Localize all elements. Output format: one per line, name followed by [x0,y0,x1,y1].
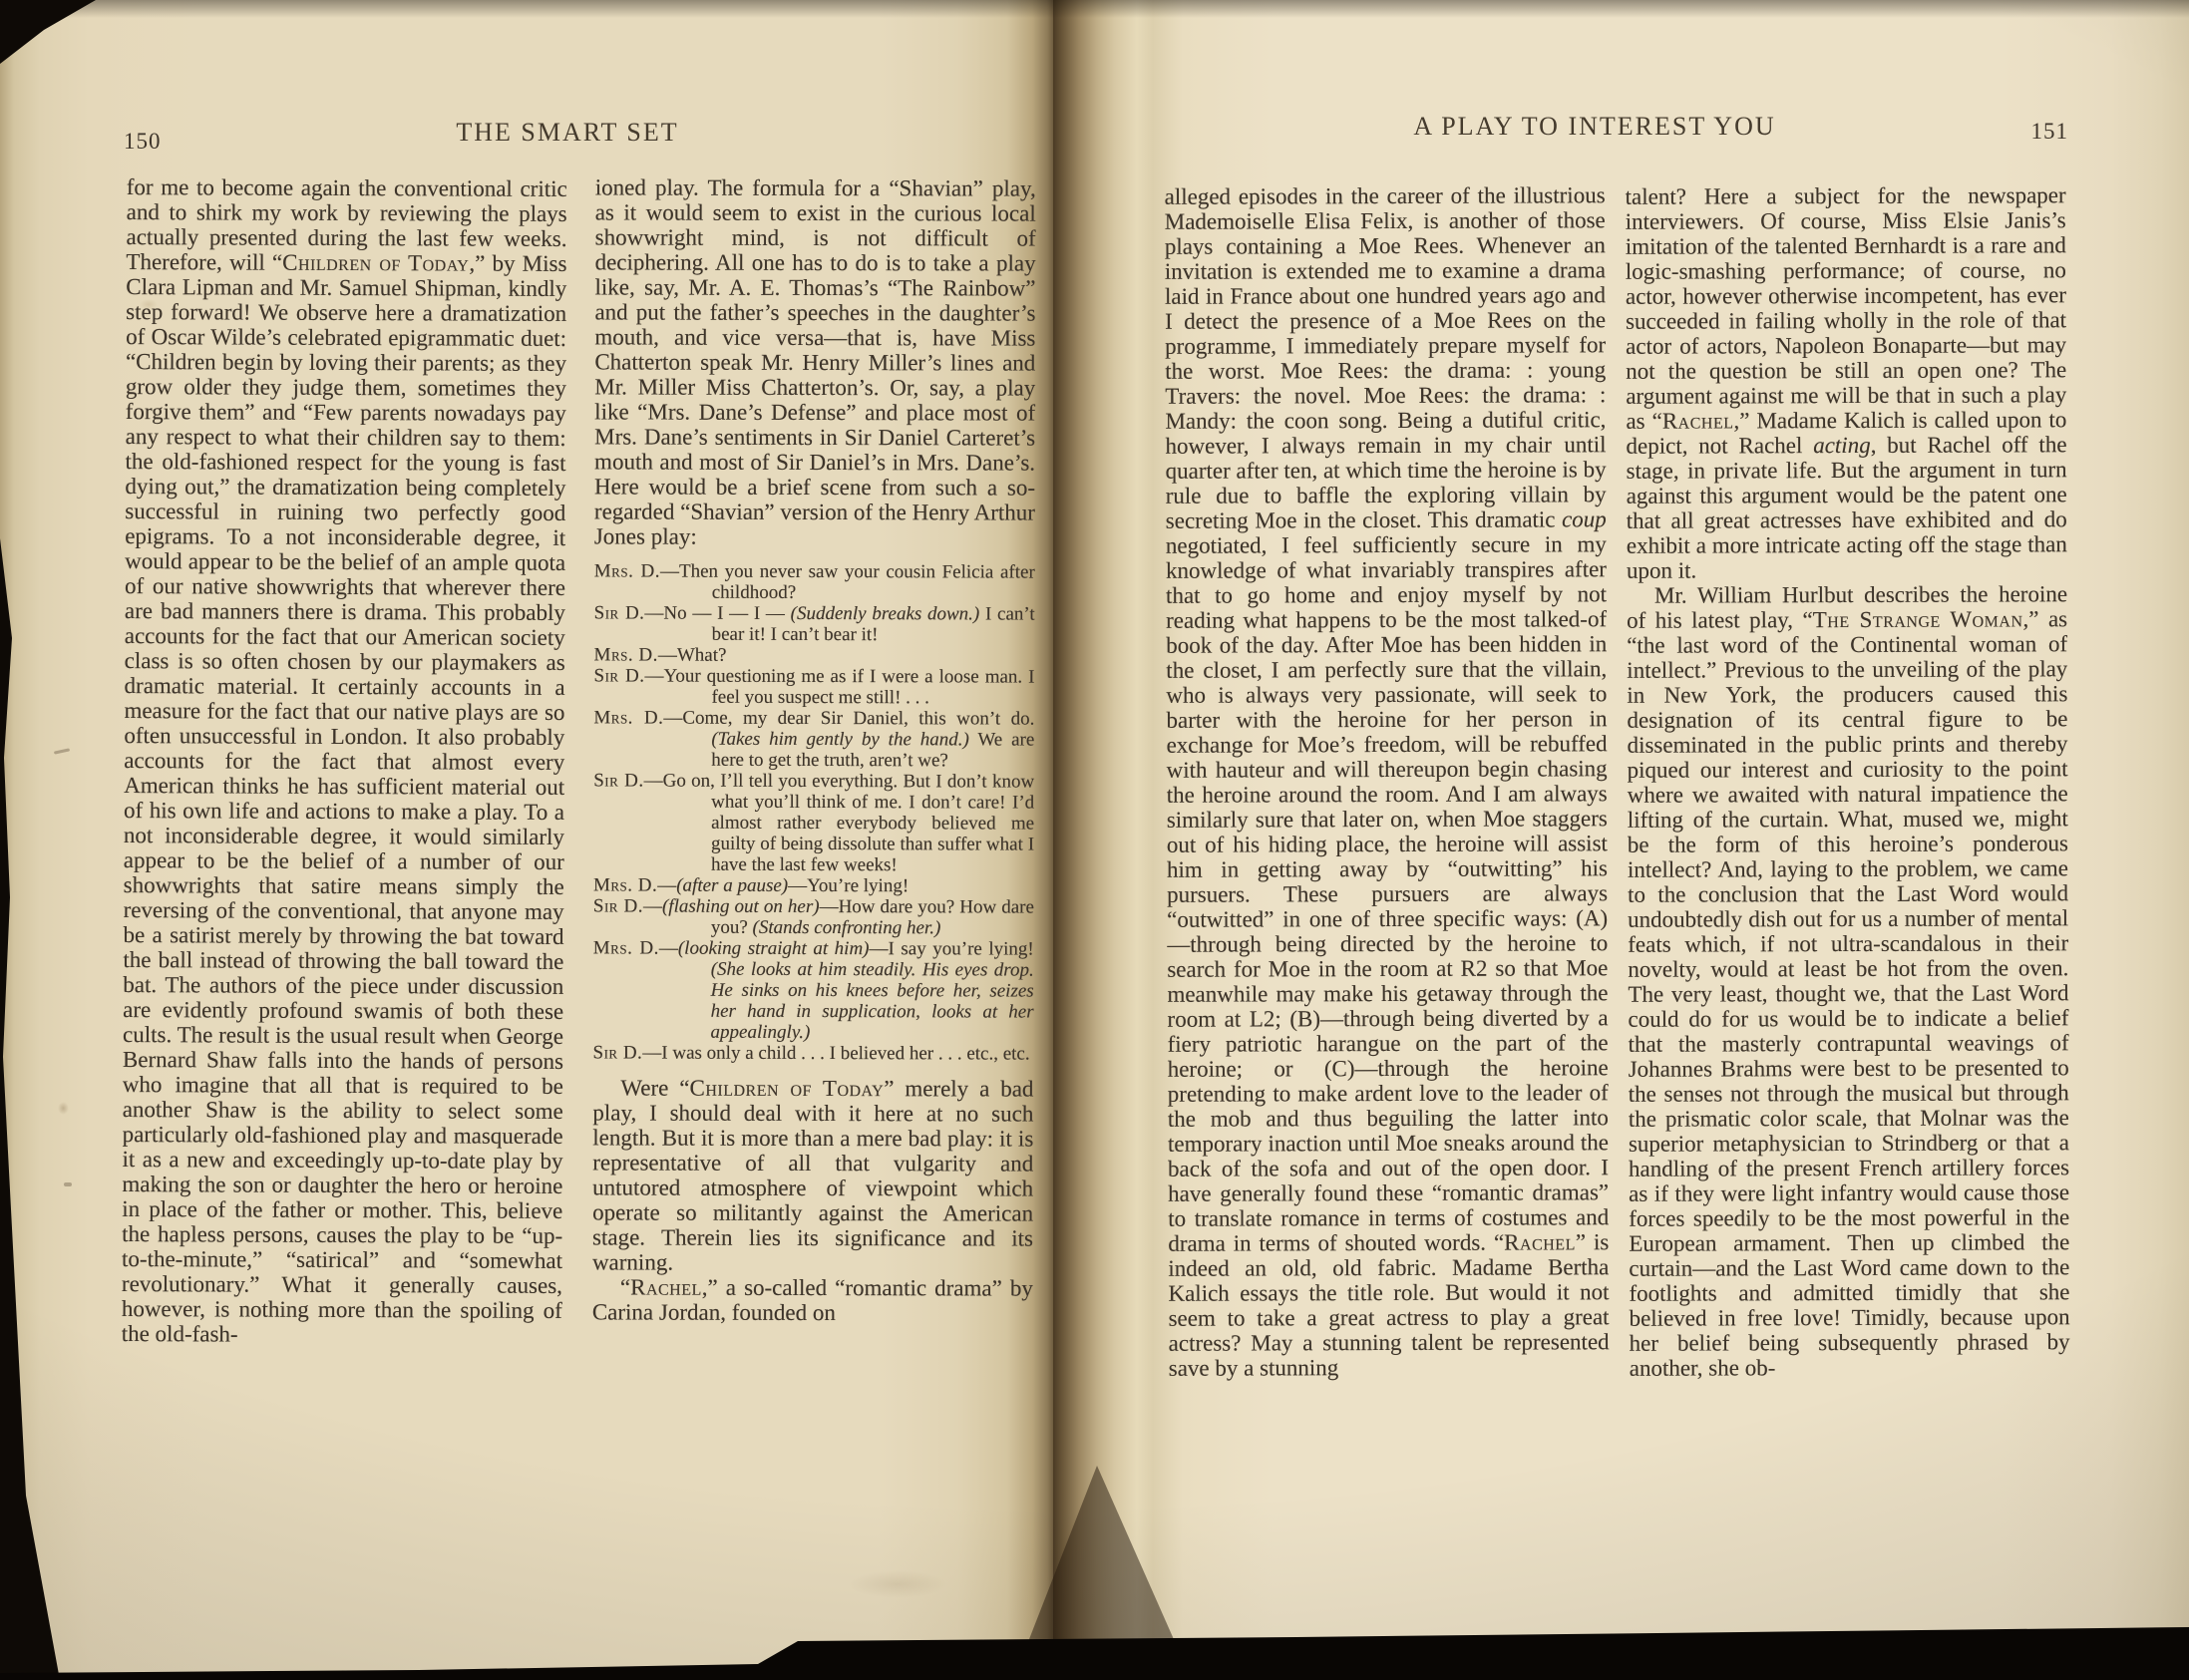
text-run: alleged episodes in the career of the il… [1165,182,1607,533]
dialogue-line: Sir D.—I was only a child . . . I believ… [592,1042,1033,1064]
body-paragraph: “Rachel,” a so-called “romantic drama” b… [592,1274,1033,1325]
text-run: —No — I — I — [644,603,790,624]
dialogue-line: Sir D.—Go on, I’ll tell you everything. … [593,770,1034,875]
small-caps-text: The Strange Woman [1813,606,2023,632]
dialogue-line: Sir D.—No — I — I — (Suddenly breaks dow… [594,602,1035,645]
dialogue-line: Sir D.—(flashing out on her)—How dare yo… [593,895,1034,938]
running-header-right: A PLAY TO INTEREST YOU [1380,112,1809,142]
small-caps-text: Sir D. [593,770,643,791]
small-caps-text: Sir D. [594,602,645,623]
right-page: 151 A PLAY TO INTEREST YOU alleged episo… [1053,0,2189,1680]
body-paragraph: ioned play. The formula for a “Shavian” … [594,174,1036,549]
text-run: —Your questioning me as if I were a loos… [645,666,1035,709]
italic-text: (Suddenly breaks down.) [791,603,980,624]
small-caps-text: Mrs. D. [594,560,660,581]
italic-text: (She looks at him steadily. His eyes dro… [711,959,1034,1043]
body-paragraph: talent? Here a subject for the newspaper… [1626,182,2067,583]
text-run: —Go on, I’ll tell you everything. But I … [644,771,1035,876]
play-excerpt-dialogue: Mrs. D.—Then you never saw your cousin F… [592,560,1034,1064]
page-number-left: 150 [124,129,162,155]
dialogue-line: Mrs. D.—Then you never saw your cousin F… [594,560,1035,603]
small-caps-text: Mrs. D. [594,644,658,665]
text-run: —Then you never saw your cousin Felicia … [660,561,1035,603]
dialogue-line: Mrs. D.—Come, my dear Sir Daniel, this w… [593,707,1034,771]
right-page-column-1: alleged episodes in the career of the il… [1165,182,1611,1565]
italic-text: acting [1813,433,1871,458]
small-caps-text: Mrs. D. [593,937,659,958]
text-run: —What? [658,645,727,666]
small-caps-text: Rachel [1662,408,1734,433]
italic-text: (flashing out on her) [662,896,820,917]
review-closing-text: Were “Children of Today” merely a bad pl… [592,1075,1034,1325]
text-run: —Come, my dear Sir Daniel, this won’t do… [663,708,1034,730]
small-caps-text: Children of Today [689,1076,884,1102]
small-caps-text: Mrs. D. [593,874,657,895]
dialogue-line: Mrs. D.—(after a pause)—You’re lying! [593,874,1034,896]
review-intro-text: ioned play. The formula for a “Shavian” … [594,174,1036,549]
right-page-column-2: talent? Here a subject for the newspaper… [1626,182,2071,1565]
body-paragraph: alleged episodes in the career of the il… [1165,182,1610,1381]
text-run: ” merely a bad play, I should deal with … [592,1076,1034,1274]
text-run: talent? Here a subject for the newspaper… [1626,182,2067,434]
left-page: 150 THE SMART SET for me to become again… [0,0,1053,1680]
small-caps-text: Rachel [630,1275,702,1300]
text-run: — [657,875,676,896]
small-caps-text: Mrs. D. [593,707,663,728]
small-caps-text: Sir D. [593,895,643,916]
left-page-column-1: for me to become again the conventional … [121,174,567,1463]
left-page-column-2: ioned play. The formula for a “Shavian” … [591,174,1036,1566]
small-caps-text: Sir D. [593,665,644,686]
dialogue-line: Mrs. D.—What? [594,644,1035,666]
small-caps-text: Children of Today [282,250,469,276]
page-number-right: 151 [1947,119,2068,145]
italic-text: (looking straight at him) [678,938,870,960]
text-run: negotiated, I feel sufficiently secure i… [1166,531,1609,1256]
italic-text: (after a pause) [676,875,788,896]
text-run: —I was only a child . . . I believed her… [642,1043,1029,1065]
small-caps-text: Sir D. [592,1042,642,1063]
text-run: “ [620,1274,630,1299]
text-run: — [659,938,678,959]
dialogue-line: Sir D.—Your questioning me as if I were … [593,665,1034,708]
italic-text: (Takes him gently by the hand.) [711,729,969,751]
text-run: —I say you’re lying! [870,938,1034,959]
text-run: Were “ [620,1075,689,1100]
text-run: ioned play. The formula for a “Shavian” … [594,174,1036,548]
body-paragraph: Were “Children of Today” merely a bad pl… [592,1075,1034,1275]
italic-text: (Stands confronting her.) [753,917,941,938]
book-spread: 150 THE SMART SET for me to become again… [0,0,2189,1680]
italic-text: coup [1562,506,1607,531]
running-header-left: THE SMART SET [367,118,768,148]
small-caps-text: Rachel [1504,1229,1576,1254]
text-run: — [643,896,662,917]
text-run: ,” as “the last word of the Continental … [1627,606,2070,1381]
body-paragraph: for me to become again the conventional … [122,174,567,1348]
text-run: ,” by Miss Clara Lipman and Mr. Samuel S… [122,251,567,1347]
body-paragraph: Mr. William Hurlbut describes the heroin… [1627,581,2070,1381]
text-run: —You’re lying! [788,875,909,896]
dialogue-line: Mrs. D.—(looking straight at him)—I say … [593,937,1034,1043]
